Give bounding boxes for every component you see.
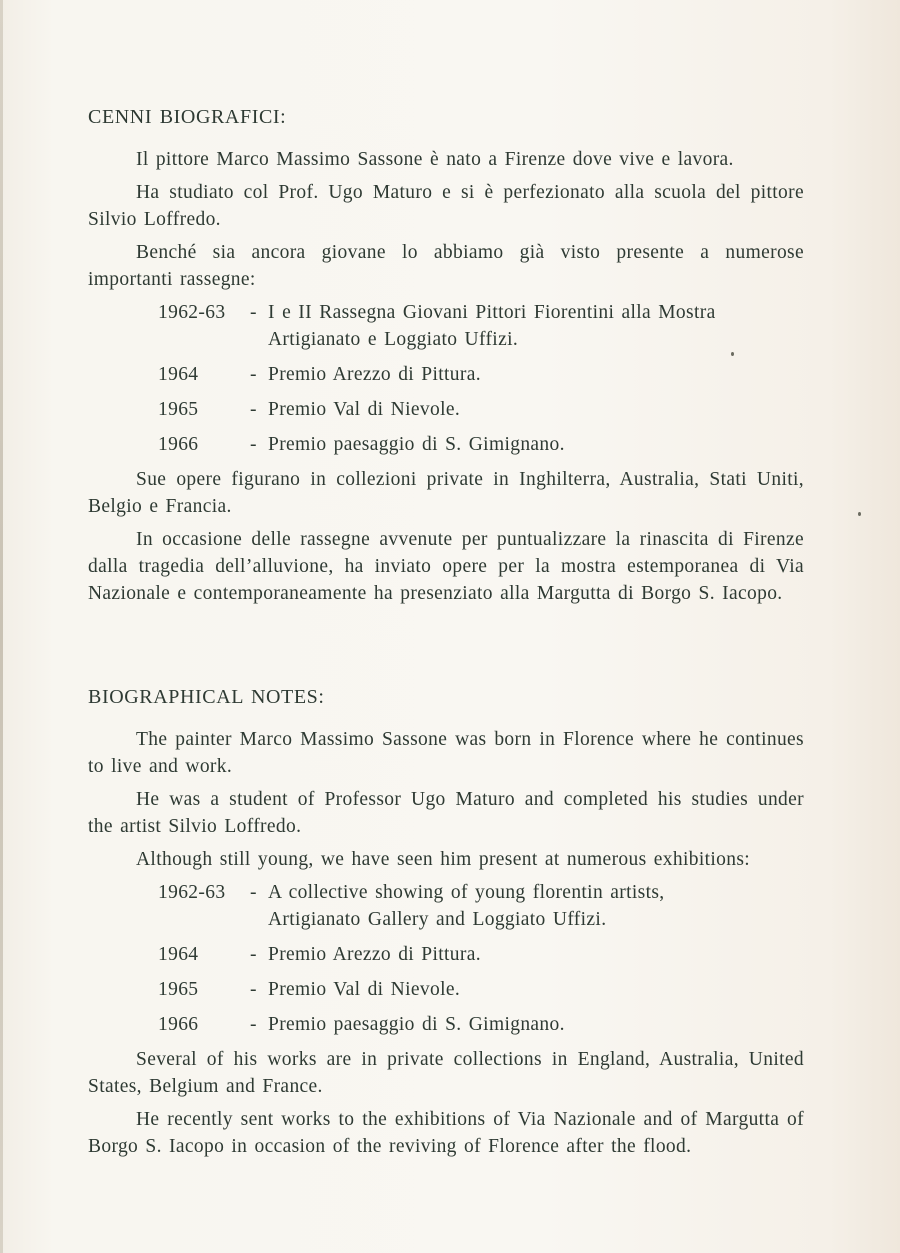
document-page: CENNI BIOGRAFICI: Il pittore Marco Massi… bbox=[0, 0, 900, 1253]
exhibition-text: Premio Arezzo di Pittura. bbox=[268, 941, 748, 968]
exhibition-dash: - bbox=[250, 1011, 268, 1038]
section-heading: BIOGRAPHICAL NOTES: bbox=[88, 684, 804, 710]
exhibition-text: Premio Val di Nievole. bbox=[268, 396, 748, 423]
exhibition-year: 1964 bbox=[158, 941, 250, 968]
section-cenni-biografici: CENNI BIOGRAFICI: Il pittore Marco Massi… bbox=[88, 104, 804, 613]
print-speck bbox=[858, 512, 861, 516]
exhibition-text: I e II Rassegna Giovani Pittori Fiorenti… bbox=[268, 299, 748, 353]
paragraph: Ha studiato col Prof. Ugo Maturo e si è … bbox=[88, 179, 804, 233]
exhibition-text: Premio Val di Nievole. bbox=[268, 976, 748, 1003]
exhibition-dash: - bbox=[250, 976, 268, 1003]
exhibition-dash: - bbox=[250, 361, 268, 388]
exhibition-text: A collective showing of young florentin … bbox=[268, 879, 748, 933]
paragraph: Sue opere figurano in collezioni private… bbox=[88, 466, 804, 520]
paragraph: Although still young, we have seen him p… bbox=[88, 846, 804, 873]
exhibition-item: 1965 - Premio Val di Nievole. bbox=[158, 396, 804, 423]
paragraph: In occasione delle rassegne avvenute per… bbox=[88, 526, 804, 607]
exhibition-dash: - bbox=[250, 299, 268, 353]
exhibition-list: 1962-63 - I e II Rassegna Giovani Pittor… bbox=[88, 299, 804, 458]
exhibition-item: 1966 - Premio paesaggio di S. Gimignano. bbox=[158, 431, 804, 458]
exhibition-year: 1965 bbox=[158, 396, 250, 423]
exhibition-item: 1964 - Premio Arezzo di Pittura. bbox=[158, 361, 804, 388]
exhibition-dash: - bbox=[250, 396, 268, 423]
exhibition-dash: - bbox=[250, 431, 268, 458]
paragraph: He recently sent works to the exhibition… bbox=[88, 1106, 804, 1160]
paragraph: Several of his works are in private coll… bbox=[88, 1046, 804, 1100]
exhibition-year: 1966 bbox=[158, 431, 250, 458]
exhibition-year: 1965 bbox=[158, 976, 250, 1003]
exhibition-year: 1962-63 bbox=[158, 299, 250, 353]
exhibition-item: 1965 - Premio Val di Nievole. bbox=[158, 976, 804, 1003]
exhibition-dash: - bbox=[250, 879, 268, 933]
exhibition-year: 1966 bbox=[158, 1011, 250, 1038]
exhibition-item: 1966 - Premio paesaggio di S. Gimignano. bbox=[158, 1011, 804, 1038]
exhibition-item: 1964 - Premio Arezzo di Pittura. bbox=[158, 941, 804, 968]
exhibition-list: 1962-63 - A collective showing of young … bbox=[88, 879, 804, 1038]
section-biographical-notes: BIOGRAPHICAL NOTES: The painter Marco Ma… bbox=[88, 684, 804, 1166]
paragraph: The painter Marco Massimo Sassone was bo… bbox=[88, 726, 804, 780]
paragraph: Il pittore Marco Massimo Sassone è nato … bbox=[88, 146, 804, 173]
paragraph: Benché sia ancora giovane lo abbiamo già… bbox=[88, 239, 804, 293]
exhibition-text: Premio paesaggio di S. Gimignano. bbox=[268, 1011, 748, 1038]
exhibition-item: 1962-63 - A collective showing of young … bbox=[158, 879, 804, 933]
exhibition-year: 1962-63 bbox=[158, 879, 250, 933]
page-edge bbox=[0, 0, 3, 1253]
exhibition-text: Premio Arezzo di Pittura. bbox=[268, 361, 748, 388]
section-heading: CENNI BIOGRAFICI: bbox=[88, 104, 804, 130]
paragraph: He was a student of Professor Ugo Maturo… bbox=[88, 786, 804, 840]
exhibition-text: Premio paesaggio di S. Gimignano. bbox=[268, 431, 748, 458]
exhibition-year: 1964 bbox=[158, 361, 250, 388]
exhibition-dash: - bbox=[250, 941, 268, 968]
exhibition-item: 1962-63 - I e II Rassegna Giovani Pittor… bbox=[158, 299, 804, 353]
